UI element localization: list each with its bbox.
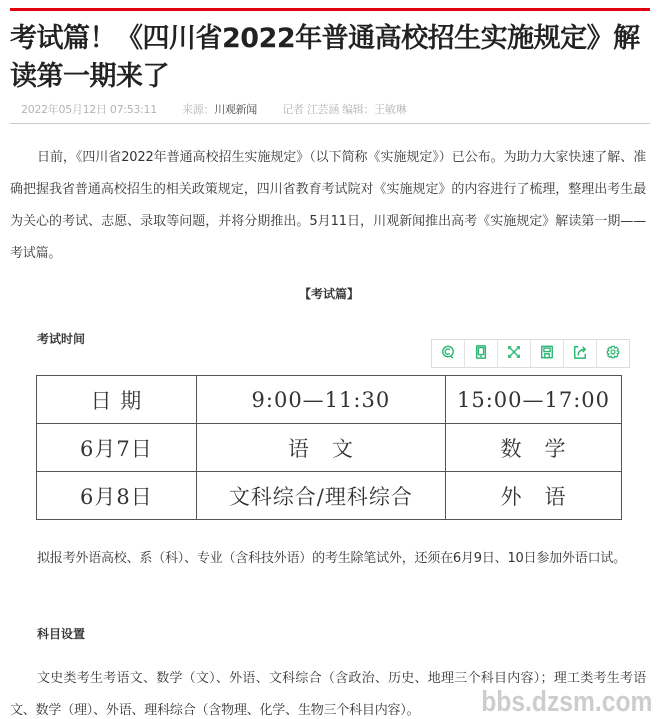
table-cell: 6月8日 <box>37 472 197 520</box>
source-label: 来源： <box>182 103 214 116</box>
save-image-button[interactable] <box>531 340 564 367</box>
table-cell: 外 语 <box>446 472 622 520</box>
subjects-heading: 科目设置 <box>37 625 85 642</box>
header-cell-afternoon: 15:00—17:00 <box>446 376 622 424</box>
source: 来源：川观新闻 <box>182 103 257 116</box>
table-cell: 数 学 <box>446 424 622 472</box>
search-image-button[interactable] <box>432 340 465 367</box>
fullscreen-icon <box>507 344 521 363</box>
save-icon <box>540 344 554 363</box>
section-heading: 【考试篇】 <box>0 285 658 302</box>
fullscreen-button[interactable] <box>498 340 531 367</box>
intro-paragraph: 日前，《四川省2022年普通高校招生实施规定》（以下简称《实施规定》）已公布。为… <box>10 142 646 270</box>
share-icon <box>573 344 587 363</box>
table-cell: 语 文 <box>196 424 445 472</box>
oral-exam-note: 拟报考外语高校、系（科）、专业（含科技外语）的考生除笔试外，还须在6月9日、10… <box>10 543 646 575</box>
table-header-row: 日 期 9:00—11:30 15:00—17:00 <box>37 376 622 424</box>
header-cell-morning: 9:00—11:30 <box>196 376 445 424</box>
header-cell-date: 日 期 <box>37 376 197 424</box>
image-toolbar <box>431 339 630 368</box>
article-meta: 2022年05月12日 07:53:11 来源：川观新闻 记者 江芸涵 编辑：王… <box>21 101 406 117</box>
exam-time-heading: 考试时间 <box>37 330 85 347</box>
share-button[interactable] <box>564 340 597 367</box>
reporter-editor: 记者 江芸涵 编辑：王敏琳 <box>282 103 406 116</box>
header-divider <box>10 123 650 124</box>
table-cell: 6月7日 <box>37 424 197 472</box>
table-row: 6月8日 文科综合/理科综合 外 语 <box>37 472 622 520</box>
exam-schedule-table: 日 期 9:00—11:30 15:00—17:00 6月7日 语 文 数 学 … <box>36 375 622 520</box>
search-image-icon <box>441 344 455 363</box>
source-name-link[interactable]: 川观新闻 <box>214 103 257 116</box>
settings-icon <box>606 344 620 363</box>
article-title: 考试篇！《四川省2022年普通高校招生实施规定》解读第一期来了 <box>10 20 655 96</box>
table-cell: 文科综合/理科综合 <box>196 472 445 520</box>
table-row: 6月7日 语 文 数 学 <box>37 424 622 472</box>
mobile-view-button[interactable] <box>465 340 498 367</box>
publish-datetime: 2022年05月12日 07:53:11 <box>21 103 157 116</box>
mobile-icon <box>474 344 488 363</box>
settings-button[interactable] <box>597 340 629 367</box>
top-accent-bar <box>10 8 650 11</box>
site-watermark: bbs.dzsm.com <box>481 686 652 719</box>
